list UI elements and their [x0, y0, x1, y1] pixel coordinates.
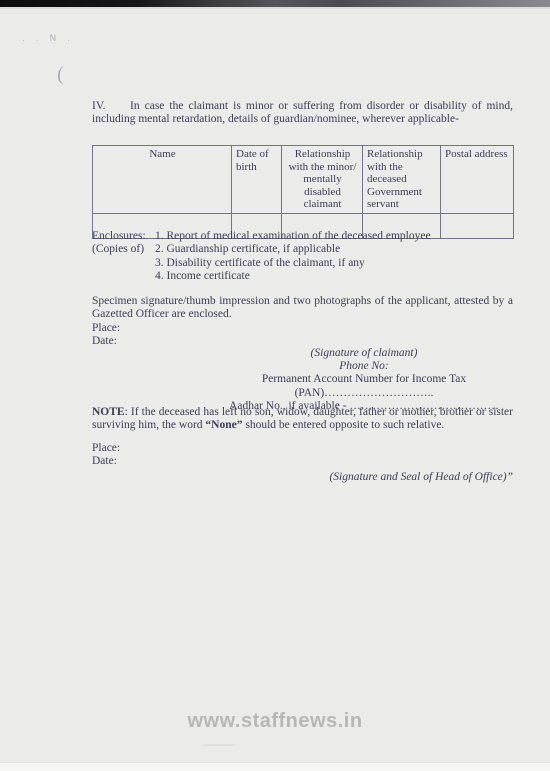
- signature-of-claimant-line: (Signature of claimant): [215, 347, 513, 360]
- enclosures-label-line1: Enclosures:: [92, 230, 155, 243]
- enclosure-item: 4. Income certificate: [155, 270, 513, 283]
- pencil-marks: . . N .: [22, 34, 74, 44]
- claimant-signature-block: (Signature of claimant) Phone No: Perman…: [215, 347, 513, 413]
- scan-edge-top: [0, 0, 550, 9]
- col-header-name: Name: [93, 146, 232, 214]
- clause-text: In case the claimant is minor or sufferi…: [92, 100, 513, 125]
- head-of-office-signature-line: (Signature and Seal of Head of Office)”: [0, 471, 513, 483]
- phone-no-line: Phone No:: [215, 360, 513, 373]
- clause-number: IV.: [92, 100, 130, 113]
- col-header-date-of-birth: Date of birth: [232, 146, 282, 214]
- note-paragraph: NOTE: If the deceased has left no son, w…: [92, 406, 513, 433]
- col-header-postal-address: Postal address: [441, 146, 514, 214]
- specimen-paragraph: Specimen signature/thumb impression and …: [92, 295, 513, 322]
- col-header-relationship-claimant: Relationship with the minor/ mentally di…: [282, 146, 363, 214]
- pan-line: Permanent Account Number for Income Tax …: [215, 373, 513, 399]
- table-header-row: Name Date of birth Relationship with the…: [93, 146, 514, 214]
- enclosures-list: 1. Report of medical examination of the …: [155, 230, 513, 284]
- enclosure-item: 3. Disability certificate of the claiman…: [155, 257, 513, 270]
- note-bold-word: “None”: [205, 419, 242, 431]
- office-place-date: Place: Date:: [92, 442, 513, 468]
- enclosures-label-line2: (Copies of): [92, 243, 155, 256]
- enclosure-item: 2. Guardianship certificate, if applicab…: [155, 243, 513, 256]
- date-label: Date:: [92, 455, 513, 468]
- enclosures-label: Enclosures: (Copies of): [92, 230, 155, 284]
- watermark: www.staffnews.in: [0, 710, 550, 733]
- place-label: Place:: [92, 322, 513, 335]
- clause-iv-paragraph: IV.In case the claimant is minor or suff…: [92, 100, 513, 127]
- scan-smudge: [203, 744, 235, 746]
- scan-edge-bottom: [0, 762, 550, 771]
- claimant-place-date: Place: Date:: [92, 322, 513, 348]
- note-label: NOTE: [92, 406, 125, 418]
- guardian-details-table: Name Date of birth Relationship with the…: [92, 145, 514, 239]
- enclosures-section: Enclosures: (Copies of) 1. Report of med…: [92, 230, 513, 284]
- stray-paren-mark: (: [55, 64, 64, 87]
- col-header-relationship-deceased: Relationship with the deceased Governmen…: [363, 146, 441, 214]
- note-text-continued: should be entered opposite to such relat…: [242, 419, 444, 431]
- enclosure-item: 1. Report of medical examination of the …: [155, 230, 513, 243]
- place-label: Place:: [92, 442, 513, 455]
